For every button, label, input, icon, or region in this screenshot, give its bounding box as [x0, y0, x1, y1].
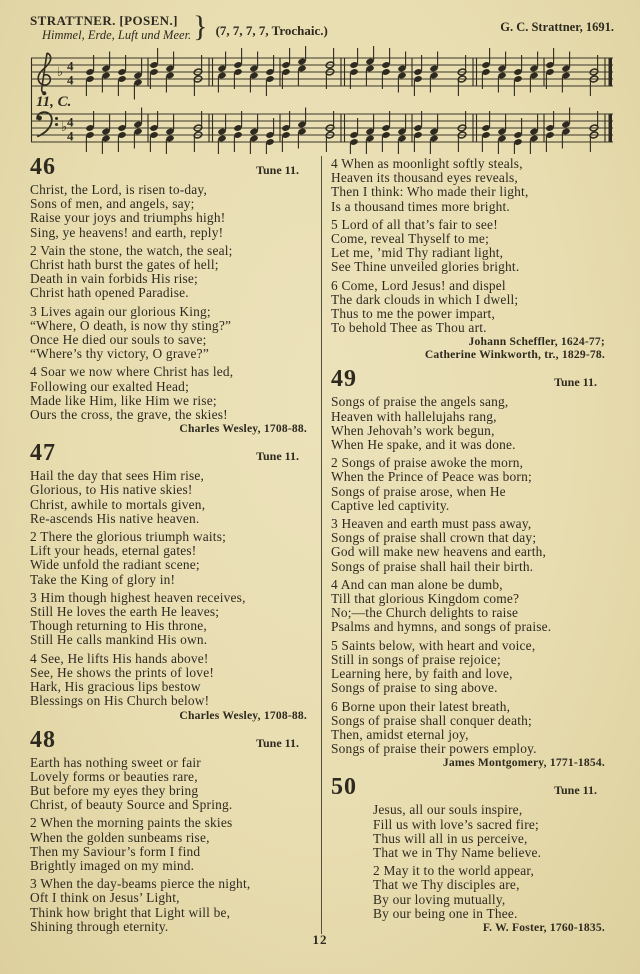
attribution-line: Catherine Winkworth, tr., 1829-78.: [331, 348, 605, 361]
verse-line: Songs of praise shall crown that day;: [331, 531, 613, 545]
verse-line: By our being one in Thee.: [331, 907, 613, 921]
verse-line: Raise your joys and triumphs high!: [30, 211, 315, 225]
verse-line: Is a thousand times more bright.: [331, 200, 613, 214]
verse-line: Glorious, to His native skies!: [30, 483, 315, 497]
verse-line: 2 Songs of praise awoke the morn,: [331, 456, 613, 470]
verse-line: Jesus, all our souls inspire,: [331, 803, 613, 817]
verse-line: 4 Soar we now where Christ has led,: [30, 365, 315, 379]
verse-line: 2 May it to the world appear,: [331, 864, 613, 878]
tune-label: Tune 11.: [554, 375, 613, 390]
hymn-number: 48: [30, 729, 56, 752]
bass-clef-icon: [37, 112, 58, 136]
verse: 2 When the morning paints the skiesWhen …: [30, 816, 315, 873]
verse-line: Lovely forms or beauties rare,: [30, 770, 315, 784]
verse: 3 When the day-beams pierce the night,Of…: [30, 877, 315, 934]
music-score: ♭ ♭ 4 4 4 4 11, C.: [30, 46, 614, 154]
verse-line: 2 When the morning paints the skies: [30, 816, 315, 830]
verse-line: Christ, awhile to mortals given,: [30, 498, 315, 512]
verse: 6 Borne upon their latest breath,Songs o…: [331, 700, 613, 757]
meter-label: (7, 7, 7, 7, Trochaic.): [210, 23, 328, 39]
verse: Hail the day that sees Him rise,Glorious…: [30, 469, 315, 526]
verse: Jesus, all our souls inspire,Fill us wit…: [331, 803, 613, 860]
page-header: STRATTNER. [POSEN.] Himmel, Erde, Luft u…: [30, 13, 614, 43]
verse-line: To behold Thee as Thou art.: [331, 321, 613, 335]
verse-line: 6 Come, Lord Jesus! and dispel: [331, 279, 613, 293]
verse-line: 3 Heaven and earth must pass away,: [331, 517, 613, 531]
verse-line: Christ hath burst the gates of hell;: [30, 258, 315, 272]
hymn-number: 50: [331, 776, 357, 799]
composer-credit: G. C. Strattner, 1691.: [500, 20, 614, 35]
hymn-number: 46: [30, 156, 56, 179]
verse-line: Re-ascends His native heaven.: [30, 512, 315, 526]
verse: 4 When as moonlight softly steals,Heaven…: [331, 157, 613, 214]
verse: 4 And can man alone be dumb,Till that gl…: [331, 578, 613, 635]
verse-line: By our loving mutually,: [331, 893, 613, 907]
hymn-columns: 46Tune 11.Christ, the Lord, is risen to-…: [30, 156, 614, 934]
verse-line: 2 There the glorious triumph waits;: [30, 530, 315, 544]
verse-line: “Where’s thy victory, O grave?”: [30, 347, 315, 361]
verse-line: Still in songs of praise rejoice;: [331, 653, 613, 667]
verse-line: Come, reveal Thyself to me;: [331, 232, 613, 246]
verse-line: Heaven its thousand eyes reveals,: [331, 171, 613, 185]
verse-line: Once He died our souls to save;: [30, 333, 315, 347]
attribution-line: Charles Wesley, 1708-88.: [30, 422, 307, 435]
verse: 4 See, He lifts His hands above!See, He …: [30, 652, 315, 709]
verse-line: Let me, ’mid Thy radiant light,: [331, 246, 613, 260]
verse-line: Brightly imaged on my mind.: [30, 859, 315, 873]
verse-line: Death in vain forbids His rise;: [30, 272, 315, 286]
verse: Songs of praise the angels sang,Heaven w…: [331, 395, 613, 452]
verse-line: Then my Saviour’s form I find: [30, 845, 315, 859]
attribution: James Montgomery, 1771-1854.: [331, 756, 613, 769]
verse-line: That we Thy disciples are,: [331, 878, 613, 892]
hymn-header: 48Tune 11.: [30, 729, 315, 752]
verse: 2 Vain the stone, the watch, the seal;Ch…: [30, 244, 315, 301]
verse: 5 Lord of all that’s fair to see!Come, r…: [331, 218, 613, 275]
verse-line: Songs of praise the angels sang,: [331, 395, 613, 409]
tune-label: Tune 11.: [256, 449, 315, 464]
verse: 6 Come, Lord Jesus! and dispelThe dark c…: [331, 279, 613, 336]
verse-line: Sons of men, and angels, say;: [30, 197, 315, 211]
verse-line: 6 Borne upon their latest breath,: [331, 700, 613, 714]
verse: 2 There the glorious triumph waits;Lift …: [30, 530, 315, 587]
column-right: 4 When as moonlight softly steals,Heaven…: [321, 156, 613, 934]
verse: 3 Heaven and earth must pass away,Songs …: [331, 517, 613, 574]
time-sig-bottom-treble: 4: [67, 73, 74, 88]
verse-line: Hail the day that sees Him rise,: [30, 469, 315, 483]
attribution: Charles Wesley, 1708-88.: [30, 709, 315, 722]
verse-line: Sing, ye heavens! and earth, reply!: [30, 226, 315, 240]
verse-line: Learning here, by faith and love,: [331, 667, 613, 681]
verse-line: No;—the Church delights to raise: [331, 606, 613, 620]
hymn-header: 50Tune 11.: [331, 776, 613, 799]
tune-title-group: STRATTNER. [POSEN.] Himmel, Erde, Luft u…: [30, 13, 328, 43]
verse-line: 4 When as moonlight softly steals,: [331, 157, 613, 171]
verse-line: Songs of praise arose, when He: [331, 485, 613, 499]
hymn-number: 49: [331, 368, 357, 391]
verse-line: 4 See, He lifts His hands above!: [30, 652, 315, 666]
column-left: 46Tune 11.Christ, the Lord, is risen to-…: [30, 156, 315, 934]
verse-line: Psalms and hymns, and songs of praise.: [331, 620, 613, 634]
verse: 3 Him though highest heaven receives,Sti…: [30, 591, 315, 648]
verse-line: Till that glorious Kingdom come?: [331, 592, 613, 606]
verse-line: Heaven with hallelujahs rang,: [331, 410, 613, 424]
verse-line: Blessings on His Church below!: [30, 694, 315, 708]
attribution-line: Johann Scheffler, 1624-77;: [331, 335, 605, 348]
verse-line: Songs of praise their powers employ.: [331, 742, 613, 756]
verse-line: When the golden sunbeams rise,: [30, 831, 315, 845]
verse-line: When He spake, and it was done.: [331, 438, 613, 452]
hymn-header: 46Tune 11.: [30, 156, 315, 179]
verse-line: Earth has nothing sweet or fair: [30, 756, 315, 770]
treble-clef-icon: [38, 53, 51, 95]
verse-line: Christ, of beauty Source and Spring.: [30, 798, 315, 812]
verse-line: Wide unfold the radiant scene;: [30, 558, 315, 572]
verse-line: God will make new heavens and earth,: [331, 545, 613, 559]
verse-line: Fill us with love’s sacred fire;: [331, 818, 613, 832]
verse-line: Ours the cross, the grave, the skies!: [30, 408, 315, 422]
verse-line: That we in Thy Name believe.: [331, 846, 613, 860]
score-notes: [85, 46, 612, 154]
verse-line: Following our exalted Head;: [30, 380, 315, 394]
attribution: Charles Wesley, 1708-88.: [30, 422, 315, 435]
verse-line: Songs of praise shall conquer death;: [331, 714, 613, 728]
verse-line: Christ, the Lord, is risen to-day,: [30, 183, 315, 197]
verse-line: Hark, His gracious lips bestow: [30, 680, 315, 694]
attribution-line: Charles Wesley, 1708-88.: [30, 709, 307, 722]
verse-line: Captive led captivity.: [331, 499, 613, 513]
verse: 2 Songs of praise awoke the morn,When th…: [331, 456, 613, 513]
hymn-number: 47: [30, 442, 56, 465]
verse-line: Then, amidst eternal joy,: [331, 728, 613, 742]
verse-line: 4 And can man alone be dumb,: [331, 578, 613, 592]
verse: 4 Soar we now where Christ has led,Follo…: [30, 365, 315, 422]
verse-line: Oft I think on Jesus’ Light,: [30, 891, 315, 905]
verse-line: Made like Him, like Him we rise;: [30, 394, 315, 408]
verse-line: When Jehovah’s work begun,: [331, 424, 613, 438]
time-sig-top-bass: 4: [67, 115, 74, 130]
time-sig-top-treble: 4: [67, 59, 74, 74]
verse-line: Still He calls mankind His own.: [30, 633, 315, 647]
verse-line: The dark clouds in which I dwell;: [331, 293, 613, 307]
verse-line: When the Prince of Peace was born;: [331, 470, 613, 484]
verse-line: Thus to me the power impart,: [331, 307, 613, 321]
verse: 3 Lives again our glorious King;“Where, …: [30, 305, 315, 362]
verse-line: 5 Saints below, with heart and voice,: [331, 639, 613, 653]
verse: Earth has nothing sweet or fairLovely fo…: [30, 756, 315, 813]
page-number: 12: [0, 932, 640, 948]
verse-line: 2 Vain the stone, the watch, the seal;: [30, 244, 315, 258]
verse-line: Still He loves the earth He leaves;: [30, 605, 315, 619]
verse-line: 3 Lives again our glorious King;: [30, 305, 315, 319]
score-tune-label: 11, C.: [36, 94, 71, 110]
attribution-line: James Montgomery, 1771-1854.: [331, 756, 605, 769]
tune-label: Tune 11.: [256, 163, 315, 178]
verse-line: “Where, O death, is now thy sting?”: [30, 319, 315, 333]
verse-line: Lift your heads, eternal gates!: [30, 544, 315, 558]
verse-line: Songs of praise shall hail their birth.: [331, 560, 613, 574]
verse-line: See, He shows the prints of love!: [30, 666, 315, 680]
verse: 5 Saints below, with heart and voice,Sti…: [331, 639, 613, 696]
tune-label: Tune 11.: [256, 736, 315, 751]
tune-subtitle: Himmel, Erde, Luft und Meer.: [30, 28, 191, 43]
verse-line: 5 Lord of all that’s fair to see!: [331, 218, 613, 232]
hymnal-page: STRATTNER. [POSEN.] Himmel, Erde, Luft u…: [0, 0, 640, 934]
verse-line: Christ hath opened Paradise.: [30, 286, 315, 300]
verse-line: Then I think: Who made their light,: [331, 185, 613, 199]
tune-title-lines: STRATTNER. [POSEN.] Himmel, Erde, Luft u…: [30, 13, 191, 43]
verse-line: Though returning to His throne,: [30, 619, 315, 633]
hymn-header: 47Tune 11.: [30, 442, 315, 465]
verse-line: See Thine unveiled glories bright.: [331, 260, 613, 274]
verse-line: But before my eyes they bring: [30, 784, 315, 798]
verse: 2 May it to the world appear,That we Thy…: [331, 864, 613, 921]
verse-line: Take the King of glory in!: [30, 573, 315, 587]
hymn-header: 49Tune 11.: [331, 368, 613, 391]
time-sig-bottom-bass: 4: [67, 129, 74, 144]
verse-line: 3 When the day-beams pierce the night,: [30, 877, 315, 891]
tune-label: Tune 11.: [554, 783, 613, 798]
brace-glyph: }: [193, 12, 207, 42]
verse-line: Thus will all in us perceive,: [331, 832, 613, 846]
verse-line: Songs of praise to sing above.: [331, 681, 613, 695]
attribution: Johann Scheffler, 1624-77;Catherine Wink…: [331, 335, 613, 361]
verse-line: Think how bright that Light will be,: [30, 906, 315, 920]
verse-line: 3 Him though highest heaven receives,: [30, 591, 315, 605]
verse: Christ, the Lord, is risen to-day,Sons o…: [30, 183, 315, 240]
tune-name: STRATTNER. [POSEN.]: [30, 13, 191, 28]
